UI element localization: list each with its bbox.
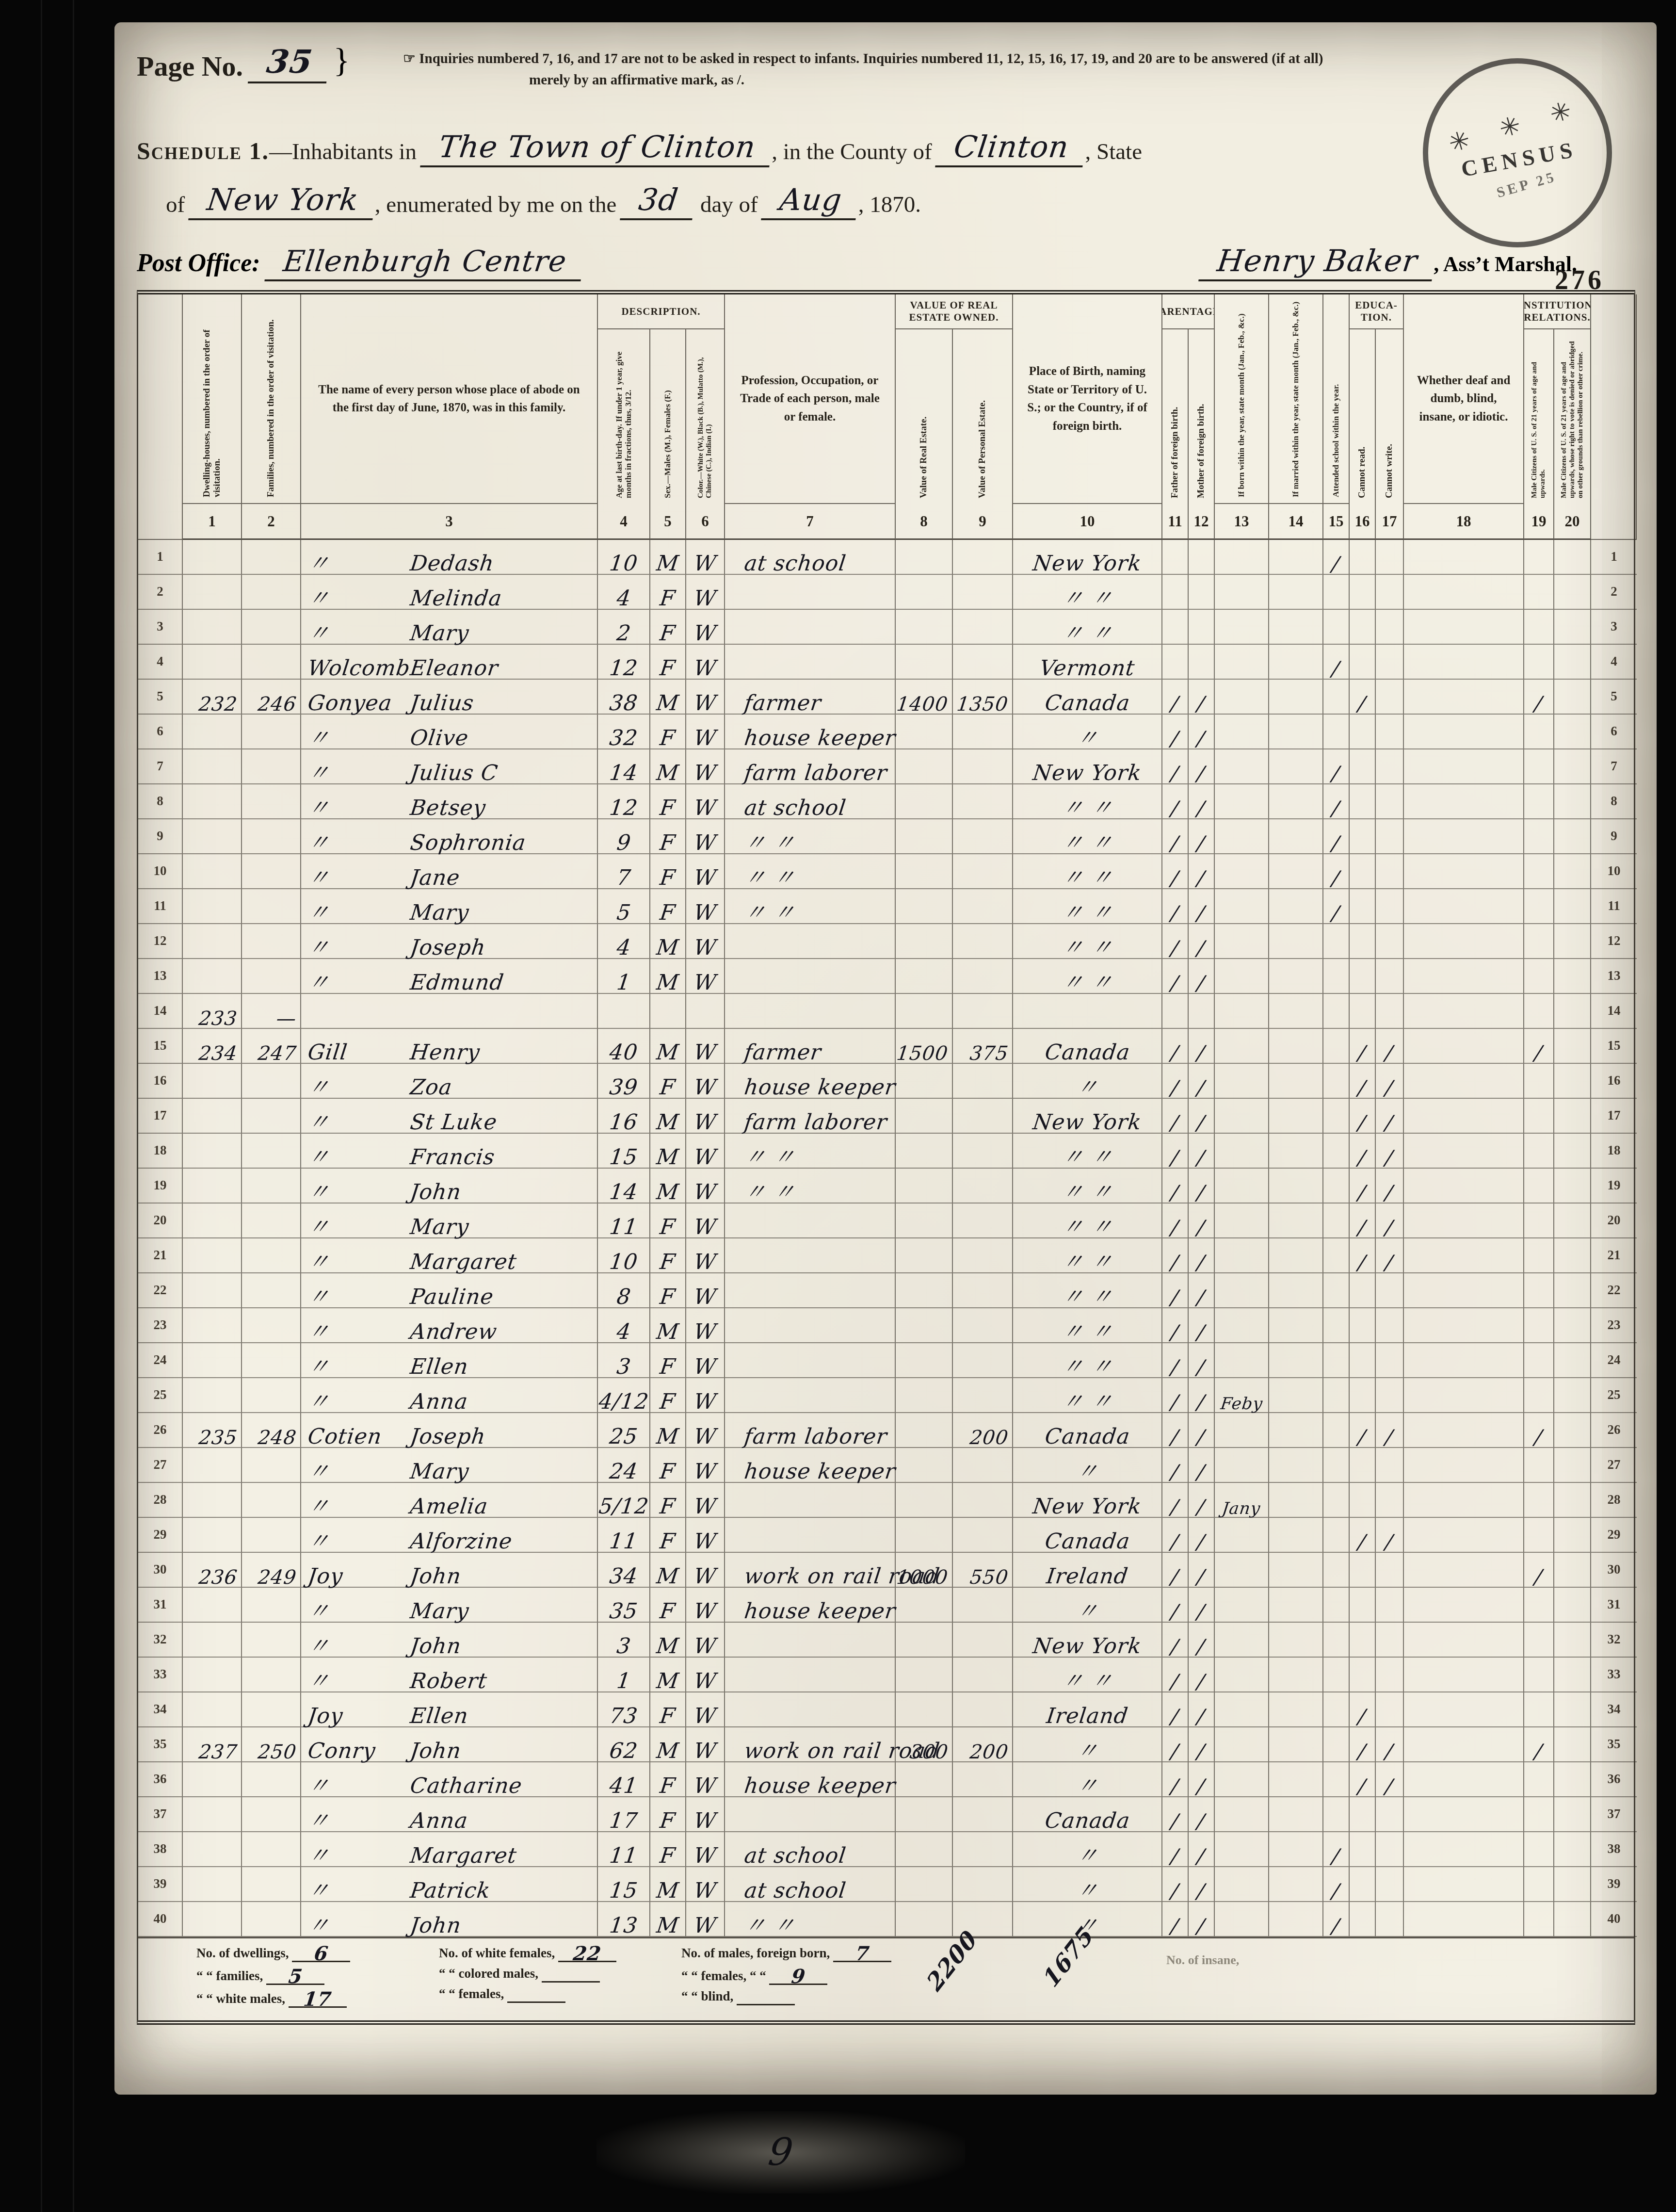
header-col-number-19: 19 (1524, 504, 1554, 540)
cell-color: W (686, 784, 725, 819)
cell-age: 73 (598, 1692, 650, 1727)
cell-birthplace: Ireland (1013, 1692, 1162, 1727)
cell-sex: F (650, 1064, 686, 1099)
row-number-right: 17 (1591, 1099, 1637, 1134)
cell-family-number (242, 540, 301, 575)
cell-age: 38 (598, 680, 650, 715)
cell-mother-foreign: / (1189, 1762, 1215, 1797)
cell-deaf-blind (1404, 575, 1524, 610)
cell-name: 〃Francis (301, 1134, 598, 1169)
footer-total-label: “ “ blind, (681, 1989, 737, 2003)
cell-personal-estate (953, 575, 1013, 610)
cell-color: W (686, 1867, 725, 1902)
cell-color: W (686, 1343, 725, 1378)
cell-name: 〃Betsey (301, 784, 598, 819)
table-row: 31〃Mary35FWhouse keeper〃//31 (138, 1588, 1634, 1623)
header-col-number-3: 3 (301, 504, 598, 540)
cell-mother-foreign: / (1189, 1273, 1215, 1308)
cell-cannot-write (1376, 575, 1404, 610)
cell-birthplace: 〃 (1013, 1867, 1162, 1902)
cell-deaf-blind (1404, 1867, 1524, 1902)
cell-attended-school: / (1323, 854, 1350, 889)
cell-mother-foreign: / (1189, 1064, 1215, 1099)
post-office-label: Post Office: (137, 249, 260, 277)
row-number-left: 19 (138, 1169, 183, 1204)
cell-cannot-read (1350, 889, 1376, 924)
cell-name: 〃Amelia (301, 1483, 598, 1518)
cell-family-number (242, 1204, 301, 1238)
cell-father-foreign: / (1162, 1588, 1189, 1623)
cell-cannot-read (1350, 1483, 1376, 1518)
row-number-right: 37 (1591, 1797, 1637, 1832)
cell-sex: M (650, 749, 686, 784)
cell-name: 〃John (301, 1902, 598, 1937)
cell-married-month (1269, 1029, 1323, 1064)
cell-personal-estate (953, 1064, 1013, 1099)
cell-mother-foreign: / (1189, 784, 1215, 819)
cell-occupation (725, 1308, 896, 1343)
cell-citizen-denied (1554, 715, 1591, 749)
cell-married-month (1269, 994, 1323, 1029)
cell-dwelling-number (183, 540, 242, 575)
row-number-left: 22 (138, 1273, 183, 1308)
cell-male-citizen (1524, 1169, 1554, 1204)
row-number-right: 25 (1591, 1378, 1637, 1413)
cell-occupation (725, 924, 896, 959)
cell-name: 〃Patrick (301, 1867, 598, 1902)
cell-citizen-denied (1554, 1867, 1591, 1902)
cell-birthplace: 〃 〃 (1013, 1204, 1162, 1238)
cell-cannot-write (1376, 994, 1404, 1029)
cell-family-number (242, 1448, 301, 1483)
cell-color: W (686, 1797, 725, 1832)
post-office-value: Ellenburgh Centre (264, 244, 585, 281)
cell-personal-estate: 550 (953, 1553, 1013, 1588)
cell-cannot-write (1376, 819, 1404, 854)
table-row: 18〃Francis15MW〃 〃〃 〃////18 (138, 1134, 1634, 1169)
cell-age: 3 (598, 1623, 650, 1658)
cell-sex: M (650, 1413, 686, 1448)
cell-attended-school: / (1323, 889, 1350, 924)
row-number-left: 29 (138, 1518, 183, 1553)
row-number-left: 8 (138, 784, 183, 819)
cell-attended-school (1323, 1623, 1350, 1658)
cell-attended-school (1323, 1064, 1350, 1099)
cell-age: 14 (598, 1169, 650, 1204)
cell-family-number (242, 819, 301, 854)
cell-birthplace: 〃 〃 (1013, 1343, 1162, 1378)
cell-birth-month (1215, 1134, 1269, 1169)
cell-sex: F (650, 1762, 686, 1797)
cell-real-estate (896, 1448, 953, 1483)
cell-personal-estate (953, 749, 1013, 784)
cell-cannot-read: / (1350, 1099, 1376, 1134)
row-number-left: 38 (138, 1832, 183, 1867)
cell-sex: F (650, 575, 686, 610)
cell-attended-school: / (1323, 819, 1350, 854)
cell-occupation (725, 1658, 896, 1692)
cell-attended-school: / (1323, 784, 1350, 819)
cell-birthplace: 〃 〃 (1013, 1238, 1162, 1273)
cell-citizen-denied (1554, 1902, 1591, 1937)
cell-sex: M (650, 1308, 686, 1343)
cell-deaf-blind (1404, 1692, 1524, 1727)
cell-cannot-write (1376, 645, 1404, 680)
cell-male-citizen: / (1524, 1553, 1554, 1588)
cell-birthplace: 〃 (1013, 1588, 1162, 1623)
cell-male-citizen (1524, 1238, 1554, 1273)
header-col-real-estate: Value of Real Estate. (896, 329, 953, 504)
cell-birthplace: 〃 〃 (1013, 1273, 1162, 1308)
cell-family-number (242, 1692, 301, 1727)
cell-mother-foreign: / (1189, 1099, 1215, 1134)
cell-deaf-blind (1404, 1832, 1524, 1867)
row-number-right: 9 (1591, 819, 1637, 854)
cell-cannot-read (1350, 959, 1376, 994)
cell-color: W (686, 924, 725, 959)
cell-cannot-write (1376, 854, 1404, 889)
cell-mother-foreign: / (1189, 749, 1215, 784)
cell-cannot-read: / (1350, 1204, 1376, 1238)
cell-personal-estate (953, 1692, 1013, 1727)
cell-birthplace: 〃 (1013, 1448, 1162, 1483)
cell-male-citizen (1524, 994, 1554, 1029)
header-col-number-2: 2 (242, 504, 301, 540)
row-number-left: 36 (138, 1762, 183, 1797)
footer-total-item: “ “ blind, (681, 1989, 891, 2005)
cell-real-estate (896, 1518, 953, 1553)
cell-age: 12 (598, 645, 650, 680)
cell-citizen-denied (1554, 1134, 1591, 1169)
header-col-families: Families, numbered in the order of visit… (242, 294, 301, 504)
cell-name: 〃Anna (301, 1378, 598, 1413)
cell-family-number (242, 1867, 301, 1902)
census-page: Page No. 35} ☞ Inquiries numbered 7, 16,… (114, 22, 1657, 2095)
cell-deaf-blind (1404, 1134, 1524, 1169)
cell-male-citizen (1524, 1588, 1554, 1623)
cell-color (686, 994, 725, 1029)
table-row: 37〃Anna17FWCanada//37 (138, 1797, 1634, 1832)
cell-family-number (242, 715, 301, 749)
cell-attended-school (1323, 1343, 1350, 1378)
group-constitutional: CONSTITUTIONAL RELATIONS. (1524, 294, 1591, 329)
cell-cannot-write: / (1376, 1064, 1404, 1099)
table-row: 27〃Mary24FWhouse keeper〃//27 (138, 1448, 1634, 1483)
table-row: 20〃Mary11FW〃 〃////20 (138, 1204, 1634, 1238)
cell-married-month (1269, 610, 1323, 645)
group-parentage: PARENTAGE. (1162, 294, 1215, 329)
cell-citizen-denied (1554, 645, 1591, 680)
cell-deaf-blind (1404, 645, 1524, 680)
cell-age: 17 (598, 1797, 650, 1832)
cell-birthplace: 〃 (1013, 1762, 1162, 1797)
row-number-right: 19 (1591, 1169, 1637, 1204)
cell-attended-school: / (1323, 645, 1350, 680)
cell-name: 〃Edmund (301, 959, 598, 994)
cell-cannot-read: / (1350, 1064, 1376, 1099)
cell-name: 〃Julius C (301, 749, 598, 784)
cell-real-estate (896, 889, 953, 924)
cell-male-citizen (1524, 1518, 1554, 1553)
cell-birthplace: 〃 (1013, 1727, 1162, 1762)
cell-name: 〃St Luke (301, 1099, 598, 1134)
cell-father-foreign: / (1162, 1902, 1189, 1937)
row-number-left: 10 (138, 854, 183, 889)
cell-birthplace: New York (1013, 1483, 1162, 1518)
cell-deaf-blind (1404, 1727, 1524, 1762)
cell-age: 4 (598, 924, 650, 959)
cell-sex: M (650, 924, 686, 959)
footer-total-value: 22 (558, 1943, 616, 1962)
cell-age: 25 (598, 1413, 650, 1448)
cell-color: W (686, 1169, 725, 1204)
table-row: 22〃Pauline8FW〃 〃//22 (138, 1273, 1634, 1308)
row-number-right: 38 (1591, 1832, 1637, 1867)
cell-mother-foreign: / (1189, 1692, 1215, 1727)
cell-name: 〃Andrew (301, 1308, 598, 1343)
state-label: , State (1085, 139, 1142, 164)
table-row: 30236249JoyJohn34MWwork on rail road1000… (138, 1553, 1634, 1588)
cell-real-estate (896, 1658, 953, 1692)
cell-birth-month (1215, 1553, 1269, 1588)
cell-sex: F (650, 889, 686, 924)
cell-occupation (725, 1343, 896, 1378)
cell-name: 〃Mary (301, 610, 598, 645)
row-number-left: 23 (138, 1308, 183, 1343)
cell-color: W (686, 540, 725, 575)
cell-married-month (1269, 889, 1323, 924)
day-value: 3d (620, 182, 697, 220)
cell-deaf-blind (1404, 540, 1524, 575)
cell-birthplace: 〃 〃 (1013, 575, 1162, 610)
cell-male-citizen (1524, 1448, 1554, 1483)
cell-attended-school (1323, 1692, 1350, 1727)
cell-real-estate (896, 540, 953, 575)
header-col-number-4: 4 (598, 504, 650, 540)
cell-real-estate (896, 994, 953, 1029)
cell-deaf-blind (1404, 959, 1524, 994)
row-number-left: 5 (138, 680, 183, 715)
cell-cannot-read (1350, 645, 1376, 680)
cell-birth-month (1215, 1797, 1269, 1832)
cell-color: W (686, 1727, 725, 1762)
post-office-line: Post Office: Ellenburgh Centre (137, 244, 582, 281)
cell-birthplace: 〃 (1013, 715, 1162, 749)
cell-male-citizen (1524, 1623, 1554, 1658)
row-number-right: 31 (1591, 1588, 1637, 1623)
cell-dwelling-number (183, 1762, 242, 1797)
cell-color: W (686, 1308, 725, 1343)
cell-color: W (686, 1658, 725, 1692)
row-number-right: 15 (1591, 1029, 1637, 1064)
row-number-left: 37 (138, 1797, 183, 1832)
cell-birth-month (1215, 1762, 1269, 1797)
table-row: 7〃Julius C14MWfarm laborerNew York///7 (138, 749, 1634, 784)
page-header: Page No. 35} ☞ Inquiries numbered 7, 16,… (137, 46, 1635, 281)
cell-color: W (686, 749, 725, 784)
cell-occupation (725, 1273, 896, 1308)
footer-total-value: 17 (289, 1989, 347, 2008)
cell-cannot-write (1376, 1623, 1404, 1658)
cell-occupation (725, 1623, 896, 1658)
cell-family-number (242, 1238, 301, 1273)
cell-married-month (1269, 1727, 1323, 1762)
cell-sex: M (650, 1099, 686, 1134)
cell-personal-estate (953, 645, 1013, 680)
header-col-number-15: 15 (1323, 504, 1350, 540)
cell-citizen-denied (1554, 1588, 1591, 1623)
row-number-right: 21 (1591, 1238, 1637, 1273)
row-number-left: 15 (138, 1029, 183, 1064)
cell-sex: F (650, 1692, 686, 1727)
cell-married-month (1269, 1588, 1323, 1623)
header-gutter-left (138, 294, 183, 540)
cell-dwelling-number (183, 1448, 242, 1483)
cell-occupation (725, 1378, 896, 1413)
header-col-name: The name of every person whose place of … (301, 294, 598, 504)
cell-father-foreign: / (1162, 1204, 1189, 1238)
cell-cannot-write (1376, 749, 1404, 784)
cell-married-month (1269, 1658, 1323, 1692)
cell-cannot-write (1376, 610, 1404, 645)
cell-cannot-read: / (1350, 1727, 1376, 1762)
cell-citizen-denied (1554, 889, 1591, 924)
row-number-left: 12 (138, 924, 183, 959)
cell-cannot-read: / (1350, 1169, 1376, 1204)
cell-dwelling-number (183, 645, 242, 680)
table-row: 14233—14 (138, 994, 1634, 1029)
cell-cannot-write: / (1376, 1204, 1404, 1238)
cell-married-month (1269, 1238, 1323, 1273)
cell-attended-school (1323, 924, 1350, 959)
cell-age: 10 (598, 1238, 650, 1273)
cell-attended-school (1323, 1238, 1350, 1273)
cell-deaf-blind (1404, 1797, 1524, 1832)
cell-color: W (686, 1518, 725, 1553)
table-row: 24〃Ellen3FW〃 〃//24 (138, 1343, 1634, 1378)
row-number-right: 22 (1591, 1273, 1637, 1308)
cell-family-number (242, 1518, 301, 1553)
cell-sex: F (650, 1588, 686, 1623)
cell-citizen-denied (1554, 1029, 1591, 1064)
table-row: 34JoyEllen73FWIreland///34 (138, 1692, 1634, 1727)
row-number-right: 26 (1591, 1413, 1637, 1448)
cell-name: 〃Catharine (301, 1762, 598, 1797)
cell-color: W (686, 1413, 725, 1448)
cell-real-estate (896, 1762, 953, 1797)
cell-occupation: house keeper (725, 1064, 896, 1099)
cell-male-citizen (1524, 1343, 1554, 1378)
cell-citizen-denied (1554, 1727, 1591, 1762)
cell-personal-estate: 200 (953, 1413, 1013, 1448)
cell-deaf-blind (1404, 1343, 1524, 1378)
cell-name: 〃Mary (301, 1588, 598, 1623)
cell-citizen-denied (1554, 1797, 1591, 1832)
table-row: 15234247GillHenry40MWfarmer1500375Canada… (138, 1029, 1634, 1064)
cell-male-citizen (1524, 575, 1554, 610)
cell-name: 〃Jane (301, 854, 598, 889)
cell-married-month (1269, 1413, 1323, 1448)
cell-occupation: 〃 〃 (725, 819, 896, 854)
cell-mother-foreign: / (1189, 1413, 1215, 1448)
cell-male-citizen (1524, 1378, 1554, 1413)
cell-sex: M (650, 540, 686, 575)
cell-real-estate: 1500 (896, 1029, 953, 1064)
cell-family-number (242, 1762, 301, 1797)
cell-color: W (686, 1204, 725, 1238)
cell-mother-foreign: / (1189, 1378, 1215, 1413)
cell-birth-month (1215, 749, 1269, 784)
cell-male-citizen (1524, 1134, 1554, 1169)
cell-cannot-read: / (1350, 1692, 1376, 1727)
cell-real-estate (896, 959, 953, 994)
table-row: 1〃Dedash10MWat schoolNew York/1 (138, 540, 1634, 575)
header-col-number-10: 10 (1013, 504, 1162, 540)
group-real-estate: VALUE OF REAL ESTATE OWNED. (896, 294, 1013, 329)
cell-cannot-write: / (1376, 1762, 1404, 1797)
cell-sex: F (650, 1483, 686, 1518)
cell-married-month (1269, 1692, 1323, 1727)
cell-name: GillHenry (301, 1029, 598, 1064)
cell-male-citizen (1524, 784, 1554, 819)
row-number-right: 14 (1591, 994, 1637, 1029)
footer-total-item: “ “ females, (439, 1986, 616, 2003)
cell-occupation: work on rail road (725, 1553, 896, 1588)
cell-birthplace: 〃 (1013, 1832, 1162, 1867)
cell-dwelling-number (183, 715, 242, 749)
cell-family-number: 248 (242, 1413, 301, 1448)
cell-male-citizen (1524, 819, 1554, 854)
cell-married-month (1269, 1169, 1323, 1204)
cell-cannot-read (1350, 1832, 1376, 1867)
row-number-right: 3 (1591, 610, 1637, 645)
header-col-sex: Sex.—Males (M.), Females (F.) (650, 329, 686, 504)
cell-color: W (686, 1832, 725, 1867)
cell-citizen-denied (1554, 1273, 1591, 1308)
cell-married-month (1269, 1378, 1323, 1413)
cell-cannot-read (1350, 819, 1376, 854)
cell-personal-estate: 200 (953, 1727, 1013, 1762)
cell-dwelling-number (183, 1867, 242, 1902)
table-row: 4WolcombEleanor12FWVermont/4 (138, 645, 1634, 680)
cell-citizen-denied (1554, 1343, 1591, 1378)
row-number-left: 34 (138, 1692, 183, 1727)
schedule-text: —Inhabitants in (269, 139, 417, 164)
cell-sex: F (650, 1797, 686, 1832)
cell-male-citizen (1524, 1762, 1554, 1797)
row-number-left: 4 (138, 645, 183, 680)
cell-birthplace (1013, 994, 1162, 1029)
group-education: EDUCA-TION. (1350, 294, 1404, 329)
footer-total-value (542, 1966, 600, 1983)
cell-sex: M (650, 1902, 686, 1937)
cell-married-month (1269, 645, 1323, 680)
county-label: , in the County of (772, 139, 932, 164)
cell-deaf-blind (1404, 715, 1524, 749)
cell-citizen-denied (1554, 1099, 1591, 1134)
cell-male-citizen (1524, 645, 1554, 680)
cell-family-number (242, 1273, 301, 1308)
cell-personal-estate (953, 1099, 1013, 1134)
cell-cannot-write (1376, 540, 1404, 575)
cell-dwelling-number (183, 1378, 242, 1413)
header-col-number-12: 12 (1189, 504, 1215, 540)
cell-occupation (725, 645, 896, 680)
cell-age: 32 (598, 715, 650, 749)
header-col-cannot-write: Cannot write. (1376, 329, 1404, 504)
cell-attended-school (1323, 1518, 1350, 1553)
cell-name: 〃Ellen (301, 1343, 598, 1378)
